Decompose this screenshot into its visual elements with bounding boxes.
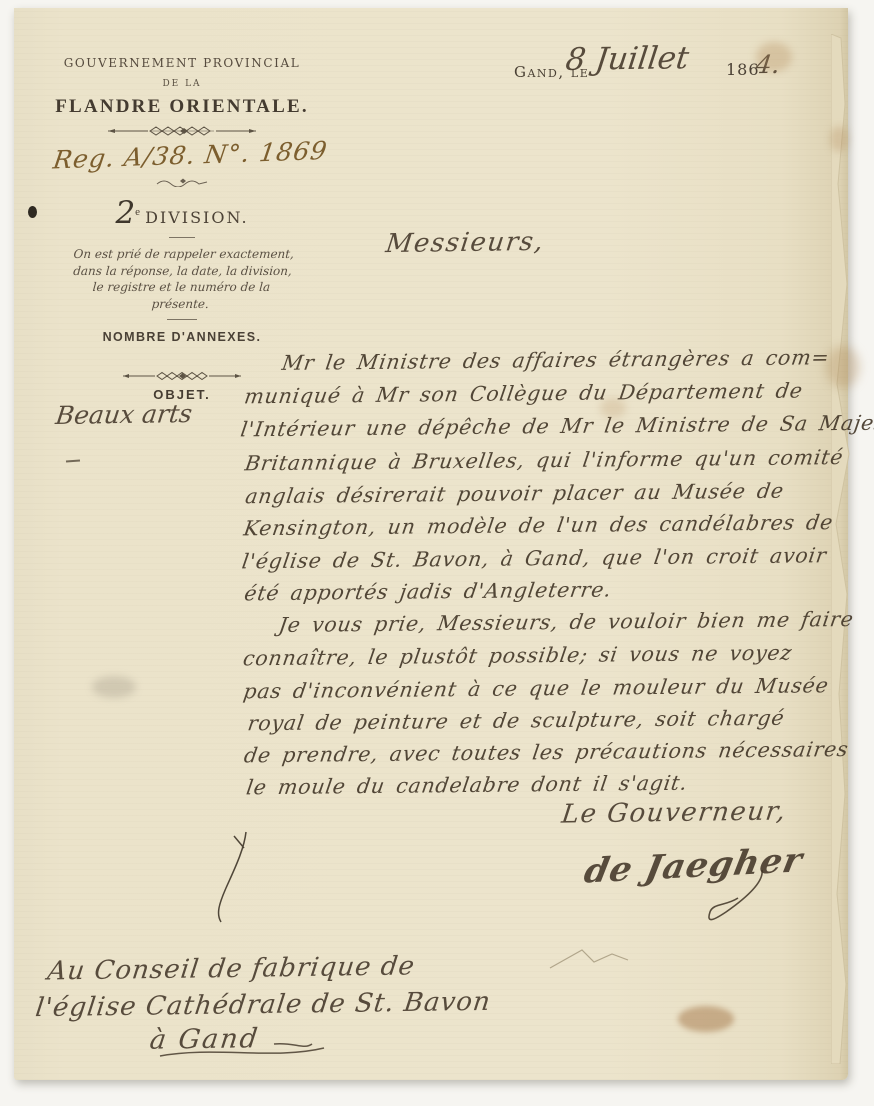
division-exponent: e	[135, 206, 141, 218]
dash-mark	[66, 460, 80, 463]
body-line: Mr le Ministre des affaires étrangères a…	[280, 345, 831, 375]
ornament-divider-icon	[121, 370, 243, 381]
underline-flourish-icon	[154, 1040, 344, 1066]
body-line: anglais désirerait pouvoir placer au Mus…	[244, 479, 786, 509]
foxing-stain	[600, 398, 626, 418]
division-label: DIVISION.	[145, 208, 248, 227]
recipient-line: l'église Cathédrale de St. Bavon	[34, 987, 493, 1023]
division-numeral-handwritten: 2	[115, 195, 135, 231]
body-line: royal de peinture et de sculpture, soit …	[246, 706, 786, 736]
letter-page: GOUVERNEMENT PROVINCIAL DE LA FLANDRE OR…	[14, 8, 848, 1080]
letter-body: Mr le Ministre des affaires étrangères a…	[240, 345, 874, 352]
body-line: de prendre, avec toutes les précautions …	[242, 737, 850, 767]
body-line: muniqué à Mr son Collègue du Département…	[243, 378, 805, 408]
signature-flourish-icon	[614, 868, 794, 928]
body-line: l'église de St. Bavon, à Gand, que l'on …	[240, 543, 828, 573]
faint-smudge	[92, 676, 136, 698]
torn-paper-edge	[831, 34, 861, 1064]
body-line: été apportés jadis d'Angleterre.	[243, 577, 614, 605]
letterhead-government-line: GOUVERNEMENT PROVINCIAL	[54, 56, 310, 70]
ink-speck	[28, 206, 37, 218]
letterhead-de-la: DE LA	[54, 79, 310, 89]
date-handwritten: 8 Juillet	[564, 40, 691, 78]
divider-line	[167, 319, 197, 320]
scanned-letter-page: { "colors": { "paper": "#ebe3ca", "body_…	[0, 0, 874, 1106]
body-line: le moule du candelabre dont il s'agit.	[245, 771, 690, 800]
divider-line	[169, 237, 195, 238]
closing: Le Gouverneur,	[560, 796, 789, 829]
body-line: Je vous prie, Messieurs, de vouloir bien…	[277, 607, 855, 637]
foxing-stain	[826, 346, 860, 388]
recipient-line: Au Conseil de fabrique de	[46, 951, 417, 986]
small-squiggle-ornament-icon	[153, 177, 211, 187]
body-line: pas d'inconvénient à ce que le mouleur d…	[242, 673, 831, 703]
division-line: 2e DIVISION.	[54, 195, 310, 231]
letterhead: GOUVERNEMENT PROVINCIAL DE LA FLANDRE OR…	[54, 56, 310, 402]
body-line: l'Intérieur une dépêche de Mr le Ministr…	[239, 410, 874, 441]
ornament-divider-icon	[106, 125, 258, 137]
paraph-mark-icon	[204, 826, 264, 936]
body-line: connaître, le plustôt possible; si vous …	[241, 641, 793, 671]
letterhead-province-name: FLANDRE ORIENTALE.	[54, 96, 310, 118]
annexes-label: NOMBRE D'ANNEXES.	[54, 330, 310, 344]
pencil-squiggle-icon	[542, 940, 642, 976]
salutation: Messieurs,	[384, 227, 546, 259]
objet-value-handwritten: Beaux arts	[54, 399, 194, 430]
foxing-stain	[756, 42, 792, 72]
body-line: Kensington, un modèle de l'un des candél…	[242, 510, 835, 540]
ink-smudge-stain	[678, 1006, 734, 1032]
foxing-stain	[830, 126, 848, 152]
recall-notice-text: On est prié de rappeler exactement, dans…	[64, 246, 301, 312]
body-line: Britannique à Bruxelles, qui l'informe q…	[243, 445, 845, 475]
registry-number-handwritten: Reg. A/38. N°. 1869	[51, 137, 313, 175]
